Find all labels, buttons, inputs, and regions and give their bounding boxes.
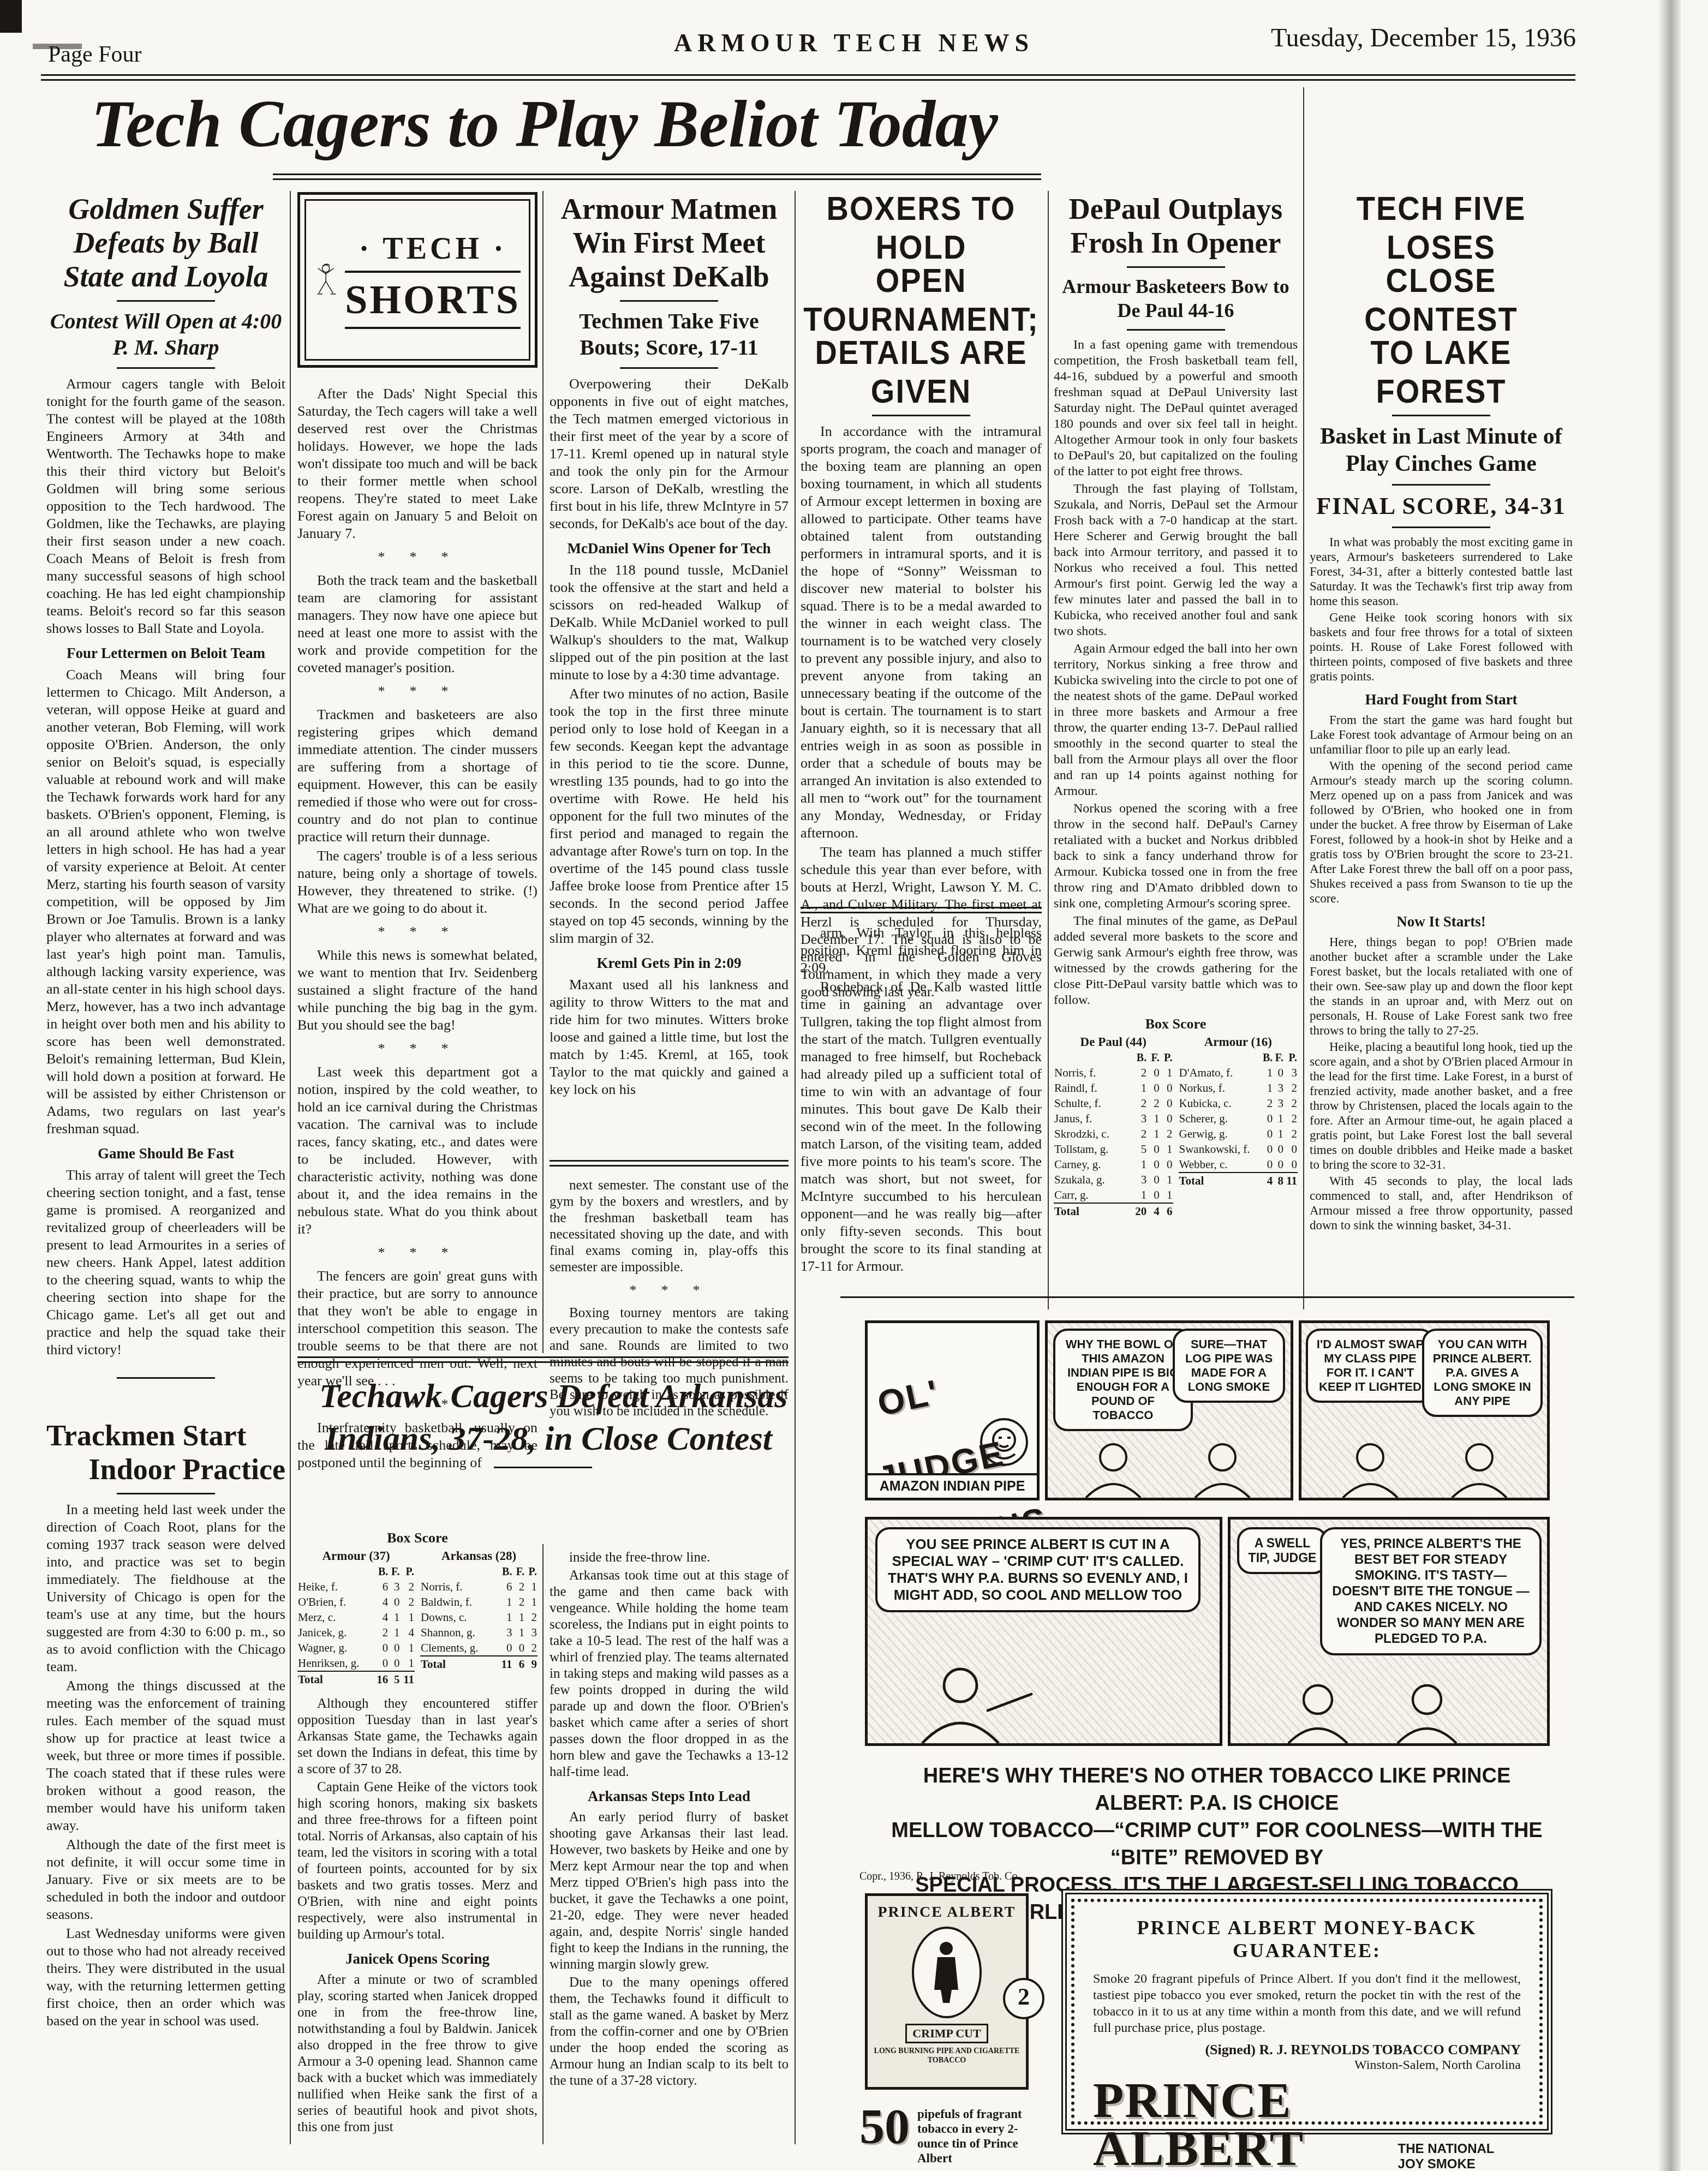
comic-title-panel: OL'JUDGEROBBINS AMAZON INDIAN PIPE bbox=[865, 1320, 1040, 1500]
paragraph: arm. With Taylor in this helpless positi… bbox=[801, 924, 1042, 977]
box-score-row: Tollstam, g.501 bbox=[1054, 1141, 1173, 1157]
article-headline: TECH FIVE LOSESCLOSE CONTESTTO LAKE FORE… bbox=[1310, 192, 1573, 408]
paragraph: Again Armour edged the ball into her own… bbox=[1054, 641, 1298, 799]
paragraph: Coach Means will bring four lettermen to… bbox=[46, 666, 285, 1138]
paragraph: Heike, placing a beautiful long hook, ti… bbox=[1310, 1039, 1573, 1172]
box-score-header: P. bbox=[1160, 1051, 1173, 1065]
paragraph: OL' bbox=[874, 1352, 1034, 1424]
article-divider bbox=[117, 1377, 215, 1379]
article-body: In a fast opening game with tremendous c… bbox=[1054, 337, 1298, 1008]
paragraph: From the start the game was hard fought … bbox=[1310, 713, 1573, 757]
box-score-row: Raindl, f.100 bbox=[1054, 1080, 1173, 1096]
box-score-row: Total2046 bbox=[1054, 1203, 1173, 1219]
comic-panel-2: WHY THE BOWL OF THIS AMAZON INDIAN PIPE … bbox=[1045, 1320, 1293, 1500]
box-score-row: Norris, f.201 bbox=[1054, 1065, 1173, 1080]
article-body: In what was probably the most exciting g… bbox=[1310, 535, 1573, 1233]
paragraph: OPEN TOURNAMENT; bbox=[801, 261, 1042, 339]
article-body: In accordance with the intramural sports… bbox=[801, 423, 1042, 1001]
paragraph: The cagers' trouble is of a less serious… bbox=[297, 847, 538, 917]
rule bbox=[872, 415, 970, 416]
issue-date: Tuesday, December 15, 1936 bbox=[1201, 23, 1576, 53]
box-score-row: Merz, c.411 bbox=[297, 1610, 415, 1625]
box-score-team-title: Arkansas (28) bbox=[420, 1548, 538, 1565]
box-score-row: Gerwig, g.012 bbox=[1179, 1126, 1298, 1141]
paragraph: Last Wednesday uniforms were given out t… bbox=[46, 1925, 285, 2030]
box-score-row: Janicek, g.214 bbox=[297, 1625, 415, 1640]
subheading: Game Should Be Fast bbox=[46, 1145, 285, 1162]
rule bbox=[620, 367, 718, 369]
tech-shorts-column: After the Dads' Night Special this Satur… bbox=[297, 385, 538, 1473]
comic-panel-4: YOU SEE PRINCE ALBERT IS CUT IN A SPECIA… bbox=[865, 1517, 1222, 1746]
box-score-caption: Box Score bbox=[297, 1530, 538, 1546]
section-rule bbox=[297, 1356, 789, 1363]
comic-panel-5: A SWELL TIP, JUDGE YES, PRINCE ALBERT'S … bbox=[1228, 1517, 1550, 1746]
paragraph: Armour cagers tangle with Beloit tonight… bbox=[46, 375, 285, 637]
tech-shorts-title: · TECH · SHORTS bbox=[345, 231, 521, 329]
box-score-header: P. bbox=[400, 1565, 415, 1579]
paragraph: MELLOW TOBACCO—“CRIMP CUT” FOR COOLNESS—… bbox=[879, 1817, 1555, 1871]
subheading: Now It Starts! bbox=[1310, 913, 1573, 930]
paragraph: Maxant used all his lankness and agility… bbox=[550, 976, 789, 1098]
tech-shorts-items: After the Dads' Night Special this Satur… bbox=[297, 385, 538, 1472]
paragraph: The final minutes of the game, as DePaul… bbox=[1054, 913, 1298, 1008]
fifty-pipefuls-blurb: 50 pipefuls of fragrant tobacco in every… bbox=[859, 2103, 1040, 2166]
tech-shorts-title-bottom: SHORTS bbox=[345, 277, 521, 329]
fifty-text: pipefuls of fragrant tobacco in every 2-… bbox=[917, 2103, 1040, 2166]
article-headline-line2: Indoor Practice bbox=[46, 1452, 285, 1486]
paragraph: In the 118 pound tussle, McDaniel took t… bbox=[550, 561, 789, 684]
article-headline: BOXERS TO HOLDOPEN TOURNAMENT;DETAILS AR… bbox=[801, 192, 1042, 408]
article-headline: Trackmen Start bbox=[46, 1419, 285, 1452]
rule bbox=[117, 1493, 215, 1494]
prince-albert-silhouette-icon bbox=[928, 1940, 966, 2005]
paragraph: BOXERS TO HOLD bbox=[801, 189, 1042, 267]
box-score-row: Baldwin, f.121 bbox=[420, 1594, 538, 1610]
box-score-pair: De Paul (44)B.F.P.Norris, f.201Raindl, f… bbox=[1054, 1034, 1298, 1219]
box-score-row: Total1169 bbox=[420, 1656, 538, 1672]
paragraph: Norkus opened the scoring with a free th… bbox=[1054, 801, 1298, 912]
speech-bubble: WHY THE BOWL OF THIS AMAZON INDIAN PIPE … bbox=[1053, 1329, 1193, 1431]
box-score-row: Henriksen, g.001 bbox=[297, 1655, 415, 1671]
article-body: In a meeting held last week under the di… bbox=[46, 1501, 285, 2030]
box-score-row: Webber, c.000 bbox=[1179, 1157, 1298, 1173]
box-score-pair: Armour (37)B.F.P.Heike, f.632O'Brien, f.… bbox=[297, 1548, 538, 1687]
paragraph: In accordance with the intramural sports… bbox=[801, 423, 1042, 842]
comic-figures-illustration bbox=[1048, 1438, 1288, 1498]
main-headline: Tech Cagers to Play Beliot Today bbox=[48, 88, 1041, 160]
box-score-row: Skrodzki, c.212 bbox=[1054, 1126, 1173, 1141]
subheading: Arkansas Steps Into Lead bbox=[550, 1788, 789, 1805]
box-score-header: B. bbox=[1130, 1051, 1147, 1065]
subheading: McDaniel Wins Opener for Tech bbox=[550, 540, 789, 557]
box-score-row: Swankowski, f.000 bbox=[1179, 1141, 1298, 1157]
paragraph: inside the free-throw line. bbox=[550, 1550, 789, 1566]
box-score-team-title: De Paul (44) bbox=[1054, 1034, 1173, 1051]
speech-bubble: SURE—THAT LOG PIPE WAS MADE FOR A LONG S… bbox=[1173, 1329, 1285, 1403]
paragraph: Rocheback of De Kalb wasted little time … bbox=[801, 978, 1042, 1275]
rule bbox=[1392, 527, 1490, 528]
article-body: Armour cagers tangle with Beloit tonight… bbox=[46, 375, 285, 1359]
paragraph: The fencers are goin' great guns with th… bbox=[297, 1267, 538, 1390]
box-score-header: B. bbox=[497, 1565, 513, 1579]
speech-bubble: I'D ALMOST SWAP MY CLASS PIPE FOR IT. I … bbox=[1306, 1329, 1435, 1403]
box-score-header: F. bbox=[1147, 1051, 1160, 1065]
paragraph: Gene Heike took scoring honors with six … bbox=[1310, 610, 1573, 684]
section-separator: * * * bbox=[297, 683, 538, 699]
section-separator: * * * bbox=[550, 1282, 789, 1299]
guarantee-city: Winston-Salem, North Carolina bbox=[1093, 2058, 1521, 2073]
article-matmen-continued: arm. With Taylor in this helpless positi… bbox=[801, 924, 1042, 1277]
box-score-row: Carney, g.100 bbox=[1054, 1157, 1173, 1172]
newspaper-page: Page Four ARMOUR TECH NEWS Tuesday, Dece… bbox=[0, 0, 1708, 2171]
box-score-row: Heike, f.632 bbox=[297, 1579, 415, 1594]
box-score-header: P. bbox=[525, 1565, 538, 1579]
tin-brand-label: PRINCE ALBERT bbox=[868, 1904, 1026, 1921]
box-score-row: Total4811 bbox=[1179, 1173, 1298, 1188]
box-score-header: F. bbox=[389, 1565, 400, 1579]
box-score-caption: Box Score bbox=[1054, 1016, 1298, 1032]
box-score-header: P. bbox=[1284, 1051, 1298, 1065]
speech-bubble: YES, PRINCE ALBERT'S THE BEST BET FOR ST… bbox=[1320, 1527, 1542, 1655]
paragraph: With 45 seconds to play, the local lads … bbox=[1310, 1174, 1573, 1233]
rule bbox=[1392, 484, 1490, 486]
tin-portrait-frame bbox=[912, 1927, 982, 2018]
box-score-header: B. bbox=[1261, 1051, 1273, 1065]
article-deck: Contest Will Open at 4:00 P. M. Sharp bbox=[46, 308, 285, 361]
column-rule bbox=[542, 1544, 544, 2144]
fifty-number: 50 bbox=[859, 2103, 910, 2149]
article-arkansas-right-column: inside the free-throw line.Arkansas took… bbox=[550, 1550, 789, 2091]
paragraph: Although the date of the first meet is n… bbox=[46, 1836, 285, 1923]
rule bbox=[494, 1467, 592, 1468]
box-score-row: O'Brien, f.402 bbox=[297, 1594, 415, 1610]
article-trackmen: Trackmen Start Indoor Practice In a meet… bbox=[46, 1419, 285, 2031]
box-score-header: B. bbox=[373, 1565, 389, 1579]
tin-description: LONG BURNING PIPE AND CIGARETTE TOBACCO bbox=[868, 2047, 1026, 2065]
comic-figures-illustration bbox=[1305, 1438, 1545, 1498]
subheading: Janicek Opens Scoring bbox=[297, 1951, 538, 1967]
column-rule bbox=[542, 191, 544, 1353]
box-score-row: Norkus, f.132 bbox=[1179, 1080, 1298, 1096]
box-score-header: F. bbox=[512, 1565, 525, 1579]
scan-streak bbox=[1659, 0, 1681, 2171]
guarantee-signature: (Signed) R. J. REYNOLDS TOBACCO COMPANY bbox=[1093, 2042, 1521, 2058]
paragraph: In a meeting held last week under the di… bbox=[46, 1501, 285, 1676]
box-score-row: D'Amato, f.103 bbox=[1179, 1065, 1298, 1080]
box-score-row: Wagner, g.001 bbox=[297, 1640, 415, 1655]
box-score-row: Scherer, g.012 bbox=[1179, 1111, 1298, 1126]
paragraph: In what was probably the most exciting g… bbox=[1310, 535, 1573, 608]
two-ounce-badge: 2 bbox=[1003, 1978, 1044, 2019]
box-score-row: Kubicka, c.232 bbox=[1179, 1096, 1298, 1111]
column-rule bbox=[795, 191, 796, 2144]
paragraph: CLOSE CONTEST bbox=[1310, 261, 1573, 339]
section-separator: * * * bbox=[297, 1040, 538, 1057]
paragraph: After two minutes of no action, Basile t… bbox=[550, 685, 789, 947]
article-arkansas-left-column: Box Score Armour (37)B.F.P.Heike, f.632O… bbox=[297, 1528, 538, 2137]
section-separator: * * * bbox=[297, 1245, 538, 1261]
column-rule bbox=[290, 191, 291, 2144]
guarantee-body: Smoke 20 fragrant pipefuls of Prince Alb… bbox=[1093, 1971, 1521, 2036]
paragraph: Last week this department got a notion, … bbox=[297, 1063, 538, 1238]
paragraph: Arkansas took time out at this stage of … bbox=[550, 1568, 789, 1780]
box-score-table: Armour (16)B.F.P.D'Amato, f.103Norkus, f… bbox=[1179, 1034, 1298, 1188]
guarantee-heading: PRINCE ALBERT MONEY-BACK GUARANTEE: bbox=[1093, 1916, 1521, 1962]
article-deck: Techmen Take Five Bouts; Score, 17-11 bbox=[550, 308, 789, 361]
subheading: Four Lettermen on Beloit Team bbox=[46, 645, 285, 662]
rule bbox=[1127, 266, 1225, 268]
paragraph: Although they encountered stiffer opposi… bbox=[297, 1696, 538, 1778]
paragraph: Through the fast playing of Tollstam, Sz… bbox=[1054, 481, 1298, 639]
article-headline-line2: Frosh In Opener bbox=[1054, 226, 1298, 260]
paragraph: TO LAKE FOREST bbox=[1310, 333, 1573, 411]
paragraph: While this news is somewhat belated, we … bbox=[297, 947, 538, 1034]
paragraph: HERE'S WHY THERE'S NO OTHER TOBACCO LIKE… bbox=[879, 1762, 1555, 1817]
ad-copyright: Copr., 1936, R. J. Reynolds Tob. Co. bbox=[859, 1870, 1020, 1883]
rule bbox=[117, 300, 215, 302]
money-back-guarantee-box: PRINCE ALBERT MONEY-BACK GUARANTEE: Smok… bbox=[1061, 1889, 1552, 2134]
box-score-table: Arkansas (28)B.F.P.Norris, f.621Baldwin,… bbox=[420, 1548, 538, 1672]
box-score-row: Shannon, g.313 bbox=[420, 1625, 538, 1640]
article-headline-line2: Indians, 37-28, in Close Contest bbox=[297, 1418, 789, 1460]
rule bbox=[620, 300, 718, 302]
paragraph: TECH FIVE LOSES bbox=[1310, 189, 1573, 267]
box-score-row: Schulte, f.220 bbox=[1054, 1096, 1173, 1111]
comic-panel-caption: AMAZON INDIAN PIPE bbox=[868, 1473, 1037, 1498]
article-goldmen: Goldmen Suffer Defeats by Ball State and… bbox=[46, 192, 285, 1385]
rule bbox=[117, 367, 215, 369]
section-separator: * * * bbox=[297, 924, 538, 940]
comic-figures-illustration bbox=[1252, 1678, 1492, 1743]
tech-shorts-box: · TECH · SHORTS bbox=[297, 192, 538, 368]
box-score-team-title: Armour (37) bbox=[297, 1548, 415, 1565]
section-rule bbox=[550, 1160, 789, 1167]
article-arkansas-headline: Techawk Cagers Defeat Arkansas Indians, … bbox=[297, 1375, 789, 1475]
box-score-row: Total16511 bbox=[297, 1671, 415, 1687]
final-score-line: FINAL SCORE, 34-31 bbox=[1310, 492, 1573, 520]
headline-underline bbox=[273, 174, 1041, 180]
box-score-row: Szukala, g.301 bbox=[1054, 1172, 1173, 1187]
box-score-team-title: Armour (16) bbox=[1179, 1034, 1298, 1051]
tech-shorts-mascot-illustration bbox=[314, 223, 337, 337]
paragraph: Overpowering their DeKalb opponents in f… bbox=[550, 375, 789, 533]
box-score-header: F. bbox=[1273, 1051, 1284, 1065]
subheading: Hard Fought from Start bbox=[1310, 691, 1573, 708]
box-score-row: Downs, c.112 bbox=[420, 1610, 538, 1625]
article-lakeforest: TECH FIVE LOSESCLOSE CONTESTTO LAKE FORE… bbox=[1310, 192, 1573, 1234]
joy-smoke-slogan: THE NATIONAL JOY SMOKE bbox=[1398, 2142, 1521, 2171]
paragraph: Due to the many openings offered them, t… bbox=[550, 1975, 789, 2089]
prince-albert-tin: PRINCE ALBERT CRIMP CUT LONG BURNING PIP… bbox=[865, 1893, 1029, 2090]
section-rule bbox=[801, 907, 1042, 913]
speech-bubble: YOU SEE PRINCE ALBERT IS CUT IN A SPECIA… bbox=[875, 1527, 1201, 1612]
paragraph: Among the things discussed at the meetin… bbox=[46, 1677, 285, 1834]
paragraph: An early period flurry of basket shootin… bbox=[550, 1809, 789, 1973]
rule bbox=[1127, 329, 1225, 331]
paragraph: After a minute or two of scrambled play,… bbox=[297, 1972, 538, 2136]
ad-top-rule bbox=[840, 1296, 1574, 1298]
article-deck: Basket in Last Minute of Play Cinches Ga… bbox=[1310, 423, 1573, 477]
section-separator: * * * bbox=[297, 549, 538, 565]
header-rule bbox=[41, 74, 1575, 81]
article-headline: Techawk Cagers Defeat Arkansas bbox=[297, 1375, 789, 1418]
paragraph: DETAILS ARE GIVEN bbox=[801, 333, 1042, 411]
paragraph: Here, things began to pop! O'Brien made … bbox=[1310, 935, 1573, 1038]
scan-blotch bbox=[0, 0, 22, 33]
speech-bubble: A SWELL TIP, JUDGE bbox=[1237, 1527, 1328, 1574]
article-boxers: BOXERS TO HOLDOPEN TOURNAMENT;DETAILS AR… bbox=[801, 192, 1042, 1002]
paragraph: This array of talent will greet the Tech… bbox=[46, 1167, 285, 1359]
paragraph: Captain Gene Heike of the victors took h… bbox=[297, 1779, 538, 1943]
box-score-row: Janus, f.310 bbox=[1054, 1111, 1173, 1126]
column-rule bbox=[1303, 87, 1304, 1309]
prince-albert-logo: PRINCE ALBERT bbox=[1093, 2076, 1385, 2171]
box-score-row: Carr, g.101 bbox=[1054, 1187, 1173, 1203]
article-headline: DePaul Outplays bbox=[1054, 192, 1298, 226]
article-body: Overpowering their DeKalb opponents in f… bbox=[550, 375, 789, 1098]
tech-shorts-title-top: · TECH · bbox=[345, 231, 521, 273]
comic-panel-3: I'D ALMOST SWAP MY CLASS PIPE FOR IT. I … bbox=[1299, 1320, 1550, 1500]
paragraph: In a fast opening game with tremendous c… bbox=[1054, 337, 1298, 480]
article-deck: Armour Basketeers Bow to De Paul 44-16 bbox=[1054, 274, 1298, 322]
judge-portrait-icon bbox=[979, 1417, 1029, 1467]
paragraph: Trackmen and basketeers are also registe… bbox=[297, 706, 538, 846]
speech-bubble: YOU CAN WITH PRINCE ALBERT. P.A. GIVES A… bbox=[1422, 1329, 1543, 1417]
box-score-table: De Paul (44)B.F.P.Norris, f.201Raindl, f… bbox=[1054, 1034, 1173, 1219]
column-rule bbox=[1048, 191, 1049, 1309]
tin-cut-label: CRIMP CUT bbox=[905, 2024, 988, 2043]
article-depaul: DePaul Outplays Frosh In Opener Armour B… bbox=[1054, 192, 1298, 1219]
box-score-table: Armour (37)B.F.P.Heike, f.632O'Brien, f.… bbox=[297, 1548, 415, 1687]
paragraph: With the opening of the second period ca… bbox=[1310, 758, 1573, 906]
article-headline: Goldmen Suffer Defeats by Ball State and… bbox=[46, 192, 285, 294]
paragraph: next semester. The constant use of the g… bbox=[550, 1177, 789, 1276]
judge-figure-illustration bbox=[884, 1661, 1048, 1743]
article-matmen: Armour Matmen Win First Meet Against DeK… bbox=[550, 192, 789, 1100]
paragraph: After the Dads' Night Special this Satur… bbox=[297, 385, 538, 542]
article-headline: Armour Matmen Win First Meet Against DeK… bbox=[550, 192, 789, 294]
paragraph: Both the track team and the basketball t… bbox=[297, 572, 538, 677]
box-score-row: Clements, g.002 bbox=[420, 1640, 538, 1656]
box-score-row: Norris, f.621 bbox=[420, 1579, 538, 1594]
rule bbox=[1392, 415, 1490, 416]
subheading: Kreml Gets Pin in 2:09 bbox=[550, 955, 789, 972]
